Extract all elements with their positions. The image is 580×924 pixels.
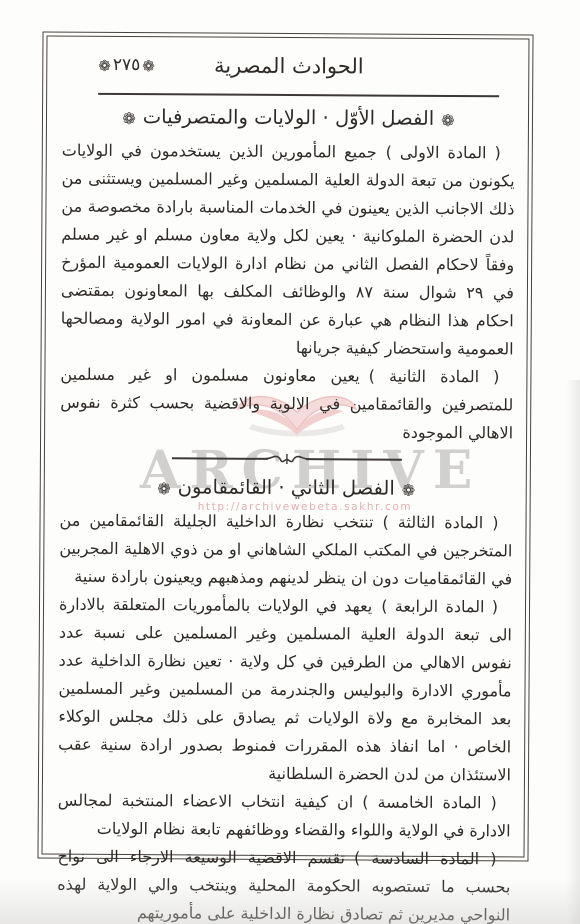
header-rule — [98, 93, 499, 97]
article-6-label: ( المادة السادسة ) — [354, 848, 497, 868]
page-number-value: ٢٧٥ — [113, 55, 141, 75]
section-divider — [171, 449, 401, 468]
page-header: الحوادث المصرية ❁٢٧٥❁ — [62, 45, 515, 92]
article-1-text: جميع المأمورين الذين يستخدمون في الولايا… — [61, 141, 515, 359]
flower-ornament-icon: ❁ — [140, 57, 157, 75]
flower-ornament-icon: ❁ — [96, 57, 113, 75]
article-2-label: ( المادة الثانية ) — [369, 367, 500, 387]
article-1: ( المادة الاولى )جميع المأمورين الذين يس… — [61, 137, 515, 364]
article-2: ( المادة الثانية )يعين معاونون مسلمون او… — [60, 361, 514, 448]
article-4: ( المادة الرابعة )يعهد في الولايات بالمأ… — [58, 591, 512, 790]
article-6: ( المادة السادسة )تقسم الاقضية الوسيعة ا… — [57, 843, 511, 924]
section-heading-1-text: الفصل الأوّل · الولايات والمتصرفيات — [143, 105, 435, 130]
article-1-label: ( المادة الاولى ) — [386, 143, 501, 163]
article-3-label: ( المادة الثالثة ) — [382, 513, 498, 533]
flower-ornament-icon: ❁ — [150, 479, 178, 498]
flower-ornament-icon: ❁ — [434, 111, 462, 130]
twist-knot-icon — [263, 453, 309, 465]
article-5-label: ( المادة الخامسة ) — [362, 792, 497, 812]
scanned-newspaper-page: ARCHIVE http://archivewebeta.sakhr.com ا… — [0, 0, 580, 924]
flower-ornament-icon: ❁ — [395, 481, 423, 500]
page-number: ❁٢٧٥❁ — [96, 55, 157, 75]
section-heading-2: ❁الفصل الثاني · القائمقامون❁ — [60, 475, 513, 501]
flower-ornament-icon: ❁ — [115, 109, 143, 128]
article-3: ( المادة الثالثة )تنتخب نظارة الداخلية ا… — [59, 507, 513, 594]
article-4-label: ( المادة الرابعة ) — [381, 597, 498, 617]
page-border: الحوادث المصرية ❁٢٧٥❁ ❁الفصل الأوّل · ال… — [37, 32, 533, 862]
section-heading-1: ❁الفصل الأوّل · الولايات والمتصرفيات❁ — [62, 105, 515, 131]
newspaper-title: الحوادث المصرية — [214, 54, 364, 79]
page-content: الحوادث المصرية ❁٢٧٥❁ ❁الفصل الأوّل · ال… — [42, 36, 530, 858]
article-5: ( المادة الخامسة )ان كيفية انتخاب الاعضا… — [58, 787, 511, 846]
section-heading-2-text: الفصل الثاني · القائمقامون — [178, 475, 395, 499]
article-4-text: يعهد في الولايات بالمأموريات المتعلقة با… — [58, 595, 512, 785]
